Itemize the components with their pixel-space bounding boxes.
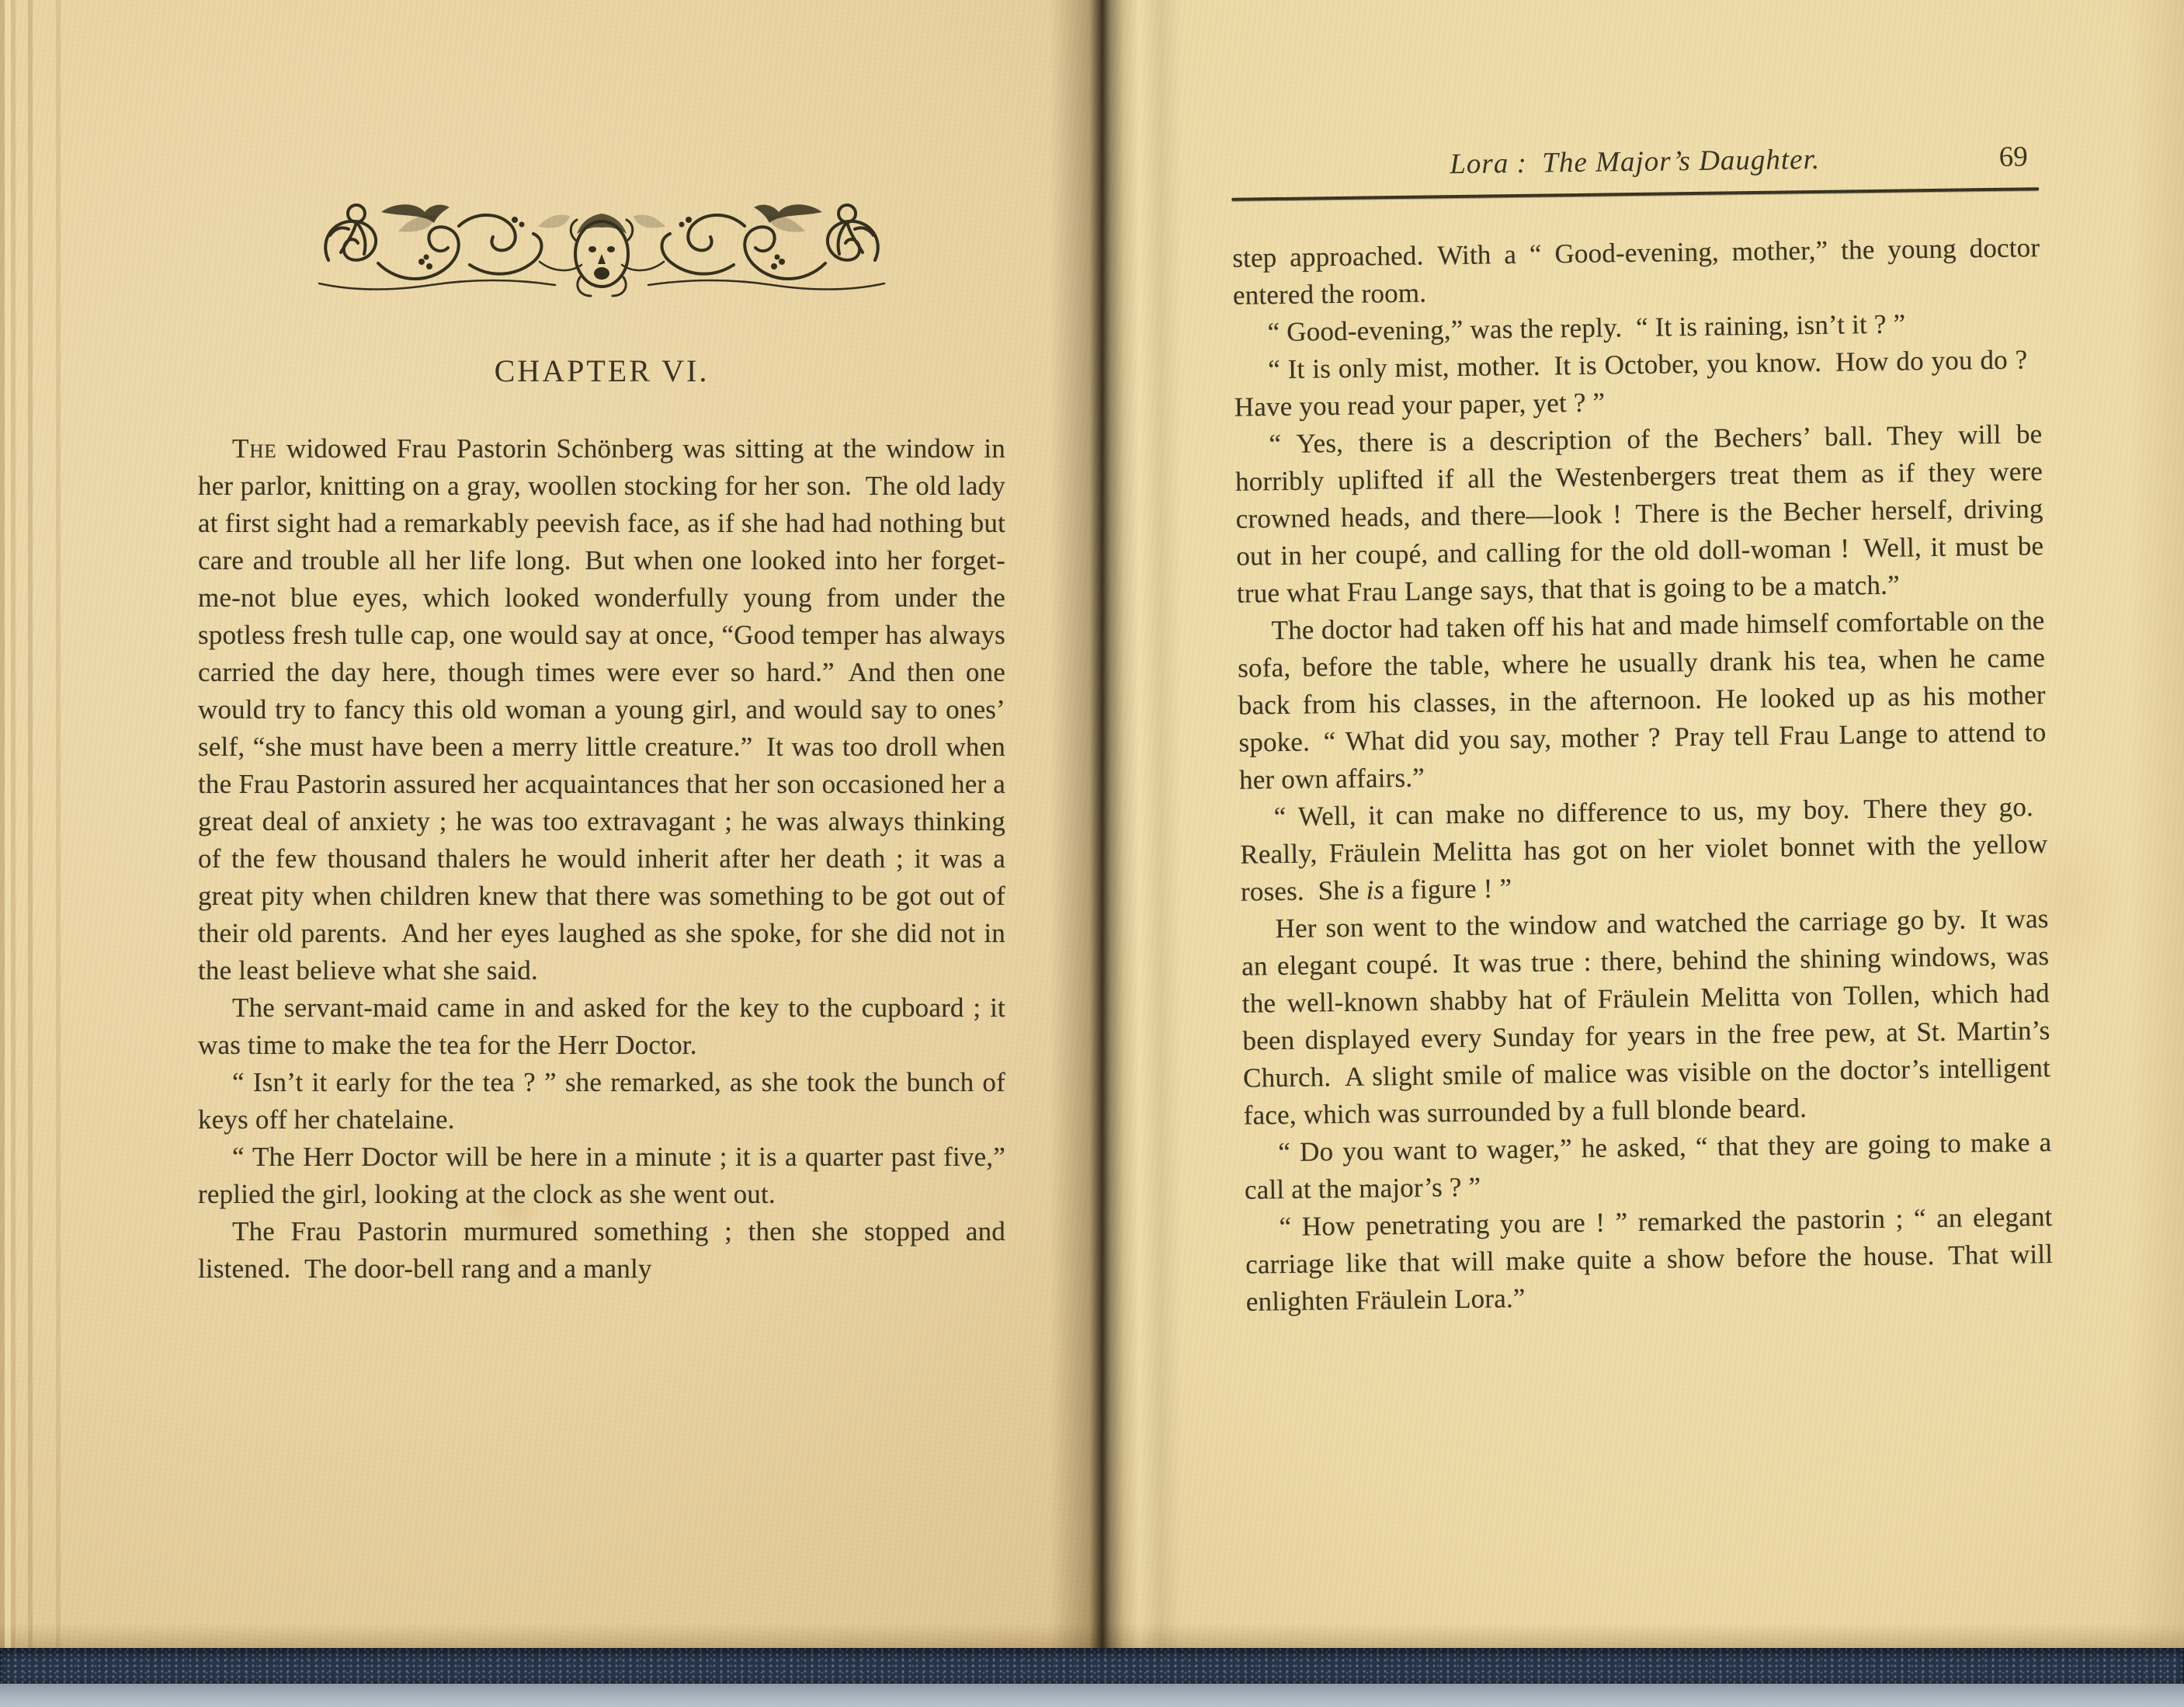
paragraph-text: widowed Frau Pastorin Schönberg was sitt…: [198, 433, 1005, 986]
chapter-heading: CHAPTER VI.: [198, 353, 1005, 390]
open-book-scan: CHAPTER VI. The widowed Frau Pastorin Sc…: [0, 0, 2184, 1707]
paragraph-text: a figure ! ”: [1384, 873, 1512, 905]
running-head-title: Lora : The Major’s Daughter.: [1231, 139, 2039, 186]
header-ornament: [198, 185, 1005, 311]
paragraph: The Frau Pastorin murmured something ; t…: [198, 1213, 1005, 1288]
paragraph: “ Well, it can make no difference to us,…: [1239, 788, 2048, 911]
page-number: 69: [1998, 139, 2028, 175]
paragraph: “ The Herr Doctor will be here in a minu…: [198, 1139, 1005, 1213]
engraved-floral-headpiece-icon: [307, 185, 897, 311]
left-page-text-column: CHAPTER VI. The widowed Frau Pastorin Sc…: [198, 0, 1005, 1288]
right-page-text-column: Lora : The Major’s Daughter. 69 step app…: [1229, 0, 2054, 1321]
paragraph: “ Yes, there is a description of the Bec…: [1234, 415, 2044, 613]
running-head: Lora : The Major’s Daughter. 69: [1231, 139, 2039, 186]
book-cover-cloth-edge: [0, 1648, 2184, 1685]
running-head-rule: [1231, 187, 2039, 201]
left-page-body: The widowed Frau Pastorin Schönberg was …: [198, 430, 1005, 1288]
right-page-body: step approached. With a “ Good-evening, …: [1232, 229, 2054, 1320]
paragraph: Her son went to the window and watched t…: [1241, 900, 2051, 1135]
paragraph: The doctor had taken off his hat and mad…: [1237, 602, 2047, 799]
paragraph: “ Isn’t it early for the tea ? ” she rem…: [198, 1064, 1005, 1139]
paragraph: The widowed Frau Pastorin Schönberg was …: [198, 430, 1005, 989]
paragraph: step approached. With a “ Good-evening, …: [1232, 229, 2040, 315]
paragraph: “ Do you want to wager,” he asked, “ tha…: [1244, 1124, 2052, 1209]
paragraph-text: “ Well, it can make no difference to us,…: [1240, 791, 2047, 907]
paragraph: “ How penetrating you are ! ” remarked t…: [1245, 1198, 2054, 1321]
paragraph: “ It is only mist, mother. It is October…: [1234, 341, 2042, 426]
page-bottom-shade: [0, 1623, 1102, 1650]
page-bottom-shade: [1102, 1623, 2184, 1650]
lead-word-smallcaps: The: [232, 433, 277, 464]
italic-word: is: [1366, 874, 1384, 905]
grotesque-mask: [571, 214, 633, 296]
paragraph: The servant-maid came in and asked for t…: [198, 989, 1005, 1064]
table-surface: [0, 1684, 2184, 1707]
